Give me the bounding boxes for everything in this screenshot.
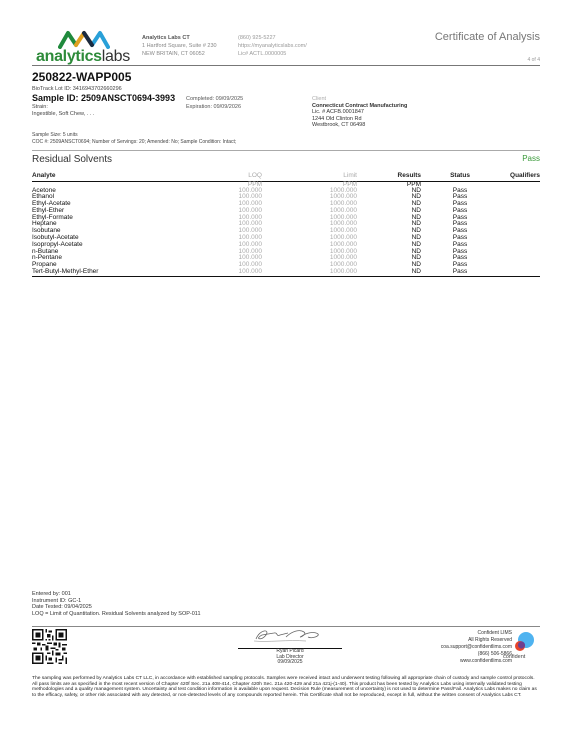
cell-limit: 1000.000	[262, 269, 357, 276]
lims-website-link[interactable]: www.confidentlims.com	[441, 658, 512, 665]
analytics-labs-logo: analyticslabs	[36, 48, 130, 66]
strain-info: Strain: Ingestible, Soft Chew, . . .	[32, 104, 94, 118]
section-status-badge: Pass	[522, 154, 540, 163]
cell-qual	[499, 194, 540, 201]
cell-loq: 100.000	[162, 269, 262, 276]
loq-note: LOQ = Limit of Quantitation. Residual So…	[32, 611, 201, 618]
divider	[32, 65, 540, 66]
table-header-row: Analyte LOQ Limit Results Status Qualifi…	[32, 171, 540, 181]
signer-info: Ryan Picard Lab Director 09/09/2025	[250, 649, 330, 666]
cell-qual	[499, 269, 540, 276]
col-qualifiers: Qualifiers	[499, 171, 540, 181]
lims-info: Confident LIMS All Rights Reserved coa.s…	[441, 630, 512, 665]
cell-qual	[499, 242, 540, 249]
lab-license: Lic# ACTL.0000005	[238, 50, 307, 58]
lab-phone: (860) 925-5227	[238, 34, 307, 42]
lab-address-2: NEW BRITAIN, CT 06052	[142, 50, 217, 58]
product-type: Ingestible, Soft Chew, . . .	[32, 111, 94, 118]
col-results: Results	[357, 171, 421, 181]
strain-label: Strain:	[32, 104, 94, 111]
col-limit: Limit	[262, 171, 357, 181]
biotrack-lot-id: BioTrack Lot ID: 3416943702660296	[32, 86, 122, 92]
cell-qual	[499, 221, 540, 228]
lab-info: Analytics Labs CT 1 Hartford Square, Sui…	[142, 34, 217, 58]
section-title: Residual Solvents	[32, 154, 112, 165]
sample-details: Sample Size: 5 units COC #: 2509ANSCT069…	[32, 132, 236, 145]
col-status: Status	[421, 171, 499, 181]
completed-date: Completed: 09/09/2025	[186, 96, 243, 104]
cell-qual	[499, 215, 540, 222]
lims-name: Confident LIMS	[441, 630, 512, 637]
page-number: 4 of 4	[527, 57, 540, 63]
cell-qual	[499, 262, 540, 269]
analytics-labs-logo-icon	[58, 29, 110, 49]
cell-result: ND	[357, 269, 421, 276]
disclaimer: The sampling was performed by Analytics …	[32, 676, 540, 698]
lims-email-link[interactable]: coa.support@confidentlims.com	[441, 644, 512, 651]
lab-website-link[interactable]: https://myanalyticslabs.com/	[238, 42, 307, 50]
lims-phone: (866) 506-5866	[441, 651, 512, 658]
cell-qual	[499, 208, 540, 215]
col-analyte: Analyte	[32, 171, 162, 181]
sample-dates: Completed: 09/09/2025 Expiration: 09/09/…	[186, 96, 243, 111]
signature-icon	[248, 627, 328, 645]
cell-qual	[499, 188, 540, 195]
table-row: Tert-Butyl-Methyl-Ether100.0001000.000ND…	[32, 269, 540, 276]
sample-id: Sample ID: 2509ANSCT0694-3993	[32, 93, 175, 103]
cell-qual	[499, 235, 540, 242]
batch-id: 250822-WAPP005	[32, 70, 131, 84]
client-info: Client Connecticut Contract Manufacturin…	[312, 96, 407, 129]
confident-logo-text: confident	[503, 654, 525, 660]
lab-name: Analytics Labs CT	[142, 34, 217, 42]
expiration-date: Expiration: 09/09/2026	[186, 104, 243, 112]
cell-qual	[499, 228, 540, 235]
lab-contact: (860) 925-5227 https://myanalyticslabs.c…	[238, 34, 307, 58]
cell-qual	[499, 201, 540, 208]
qr-code-icon[interactable]	[32, 629, 67, 664]
test-notes: Entered by: 001 Instrument ID: GC-1 Date…	[32, 591, 201, 617]
cell-status: Pass	[421, 269, 499, 276]
cell-qual	[499, 249, 540, 256]
col-loq: LOQ	[162, 171, 262, 181]
cell-analyte: Tert-Butyl-Methyl-Ether	[32, 269, 162, 276]
cell-qual	[499, 255, 540, 262]
divider	[32, 150, 540, 151]
results-table: Analyte LOQ Limit Results Status Qualifi…	[32, 171, 540, 277]
lims-rights: All Rights Reserved	[441, 637, 512, 644]
signed-date: 09/09/2025	[250, 660, 330, 666]
document-title: Certificate of Analysis	[435, 31, 540, 43]
lab-address-1: 1 Hartford Square, Suite # 230	[142, 42, 217, 50]
coc-info: COC #: 2509ANSCT0694; Number of Servings…	[32, 139, 236, 146]
confident-logo-icon	[510, 631, 538, 653]
client-address-2: Westbrook, CT 06498	[312, 122, 407, 129]
